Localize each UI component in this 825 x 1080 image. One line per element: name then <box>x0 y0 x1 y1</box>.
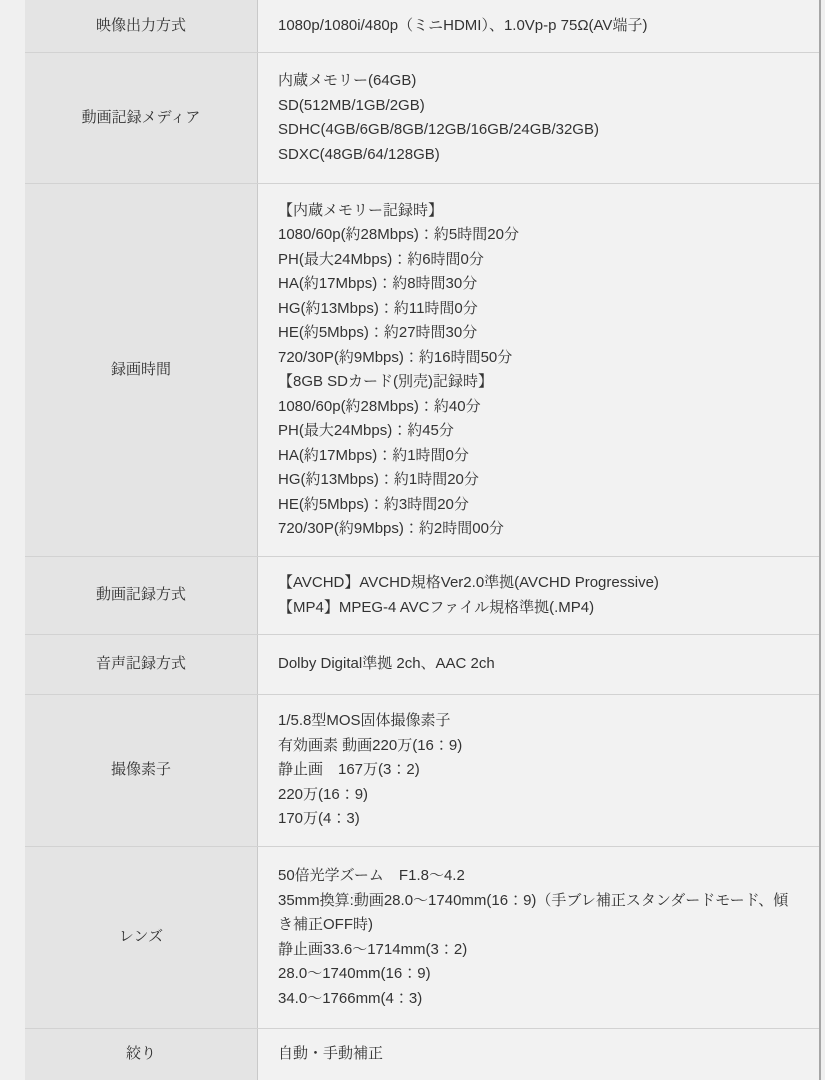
value-line: 170万(4：3) <box>278 807 799 832</box>
value-line: 自動・手動補正 <box>278 1042 799 1067</box>
value-line: 1080/60p(約28Mbps)：約40分 <box>278 395 799 420</box>
value-line: HE(約5Mbps)：約27時間30分 <box>278 321 799 346</box>
row-label: 動画記録方式 <box>25 557 257 634</box>
row-label: 録画時間 <box>25 184 257 556</box>
row-value: Dolby Digital準拠 2ch、AAC 2ch <box>257 635 819 694</box>
row-value-text: 【AVCHD】AVCHD規格Ver2.0準拠(AVCHD Progressive… <box>258 561 819 630</box>
row-value: 1/5.8型MOS固体撮像素子有効画素 動画220万(16：9)静止画 167万… <box>257 695 819 846</box>
value-line: HA(約17Mbps)：約8時間30分 <box>278 272 799 297</box>
value-line: 220万(16：9) <box>278 783 799 808</box>
row-value-text: 50倍光学ズーム F1.8〜4.235mm換算:動画28.0〜1740mm(16… <box>258 854 819 1021</box>
row-value-text: 1/5.8型MOS固体撮像素子有効画素 動画220万(16：9)静止画 167万… <box>258 699 819 842</box>
table-row: 録画時間 【内蔵メモリー記録時】1080/60p(約28Mbps)：約5時間20… <box>25 183 819 556</box>
table-row: レンズ 50倍光学ズーム F1.8〜4.235mm換算:動画28.0〜1740m… <box>25 846 819 1028</box>
value-line: 【MP4】MPEG-4 AVCファイル規格準拠(.MP4) <box>278 596 799 621</box>
value-line: 720/30P(約9Mbps)：約16時間50分 <box>278 346 799 371</box>
value-line: PH(最大24Mbps)：約45分 <box>278 419 799 444</box>
value-line: SDHC(4GB/6GB/8GB/12GB/16GB/24GB/32GB) <box>278 118 799 143</box>
table-row: 動画記録メディア 内蔵メモリー(64GB)SD(512MB/1GB/2GB)SD… <box>25 52 819 183</box>
row-label: 絞り <box>25 1029 257 1080</box>
value-line: 35mm換算:動画28.0〜1740mm(16：9)（手ブレ補正スタンダードモー… <box>278 889 799 938</box>
row-label: レンズ <box>25 847 257 1028</box>
table-row: 撮像素子 1/5.8型MOS固体撮像素子有効画素 動画220万(16：9)静止画… <box>25 694 819 846</box>
row-value: 50倍光学ズーム F1.8〜4.235mm換算:動画28.0〜1740mm(16… <box>257 847 819 1028</box>
page-background: 映像出力方式 1080p/1080i/480p（ミニHDMI）、1.0Vp-p … <box>0 0 825 1080</box>
value-line: HG(約13Mbps)：約11時間0分 <box>278 297 799 322</box>
value-line: SDXC(48GB/64/128GB) <box>278 143 799 168</box>
value-line: 50倍光学ズーム F1.8〜4.2 <box>278 864 799 889</box>
value-line: 28.0〜1740mm(16：9) <box>278 962 799 987</box>
row-value: 【AVCHD】AVCHD規格Ver2.0準拠(AVCHD Progressive… <box>257 557 819 634</box>
value-line: 【内蔵メモリー記録時】 <box>278 199 799 224</box>
table-row: 絞り 自動・手動補正 <box>25 1028 819 1080</box>
value-line: 1/5.8型MOS固体撮像素子 <box>278 709 799 734</box>
value-line: 720/30P(約9Mbps)：約2時間00分 <box>278 517 799 542</box>
row-label: 音声記録方式 <box>25 635 257 694</box>
row-label: 撮像素子 <box>25 695 257 846</box>
row-value: 内蔵メモリー(64GB)SD(512MB/1GB/2GB)SDHC(4GB/6G… <box>257 53 819 183</box>
value-line: HA(約17Mbps)：約1時間0分 <box>278 444 799 469</box>
table-row: 映像出力方式 1080p/1080i/480p（ミニHDMI）、1.0Vp-p … <box>25 0 819 52</box>
row-label: 動画記録メディア <box>25 53 257 183</box>
row-value: 1080p/1080i/480p（ミニHDMI）、1.0Vp-p 75Ω(AV端… <box>257 0 819 52</box>
row-value-text: Dolby Digital準拠 2ch、AAC 2ch <box>258 642 819 687</box>
value-line: 内蔵メモリー(64GB) <box>278 69 799 94</box>
value-line: 1080p/1080i/480p（ミニHDMI）、1.0Vp-p 75Ω(AV端… <box>278 14 799 39</box>
value-line: HG(約13Mbps)：約1時間20分 <box>278 468 799 493</box>
table-row: 動画記録方式 【AVCHD】AVCHD規格Ver2.0準拠(AVCHD Prog… <box>25 556 819 634</box>
table-row: 音声記録方式 Dolby Digital準拠 2ch、AAC 2ch <box>25 634 819 694</box>
row-label: 映像出力方式 <box>25 0 257 52</box>
value-line: 有効画素 動画220万(16：9) <box>278 734 799 759</box>
value-line: 【AVCHD】AVCHD規格Ver2.0準拠(AVCHD Progressive… <box>278 571 799 596</box>
row-value: 自動・手動補正 <box>257 1029 819 1080</box>
row-value-text: 自動・手動補正 <box>258 1032 819 1077</box>
value-line: 34.0〜1766mm(4：3) <box>278 987 799 1012</box>
value-line: 1080/60p(約28Mbps)：約5時間20分 <box>278 223 799 248</box>
value-line: HE(約5Mbps)：約3時間20分 <box>278 493 799 518</box>
row-value-text: 【内蔵メモリー記録時】1080/60p(約28Mbps)：約5時間20分PH(最… <box>258 189 819 552</box>
value-line: PH(最大24Mbps)：約6時間0分 <box>278 248 799 273</box>
row-value-text: 内蔵メモリー(64GB)SD(512MB/1GB/2GB)SDHC(4GB/6G… <box>258 59 819 177</box>
spec-table: 映像出力方式 1080p/1080i/480p（ミニHDMI）、1.0Vp-p … <box>25 0 821 1080</box>
value-line: Dolby Digital準拠 2ch、AAC 2ch <box>278 652 799 677</box>
value-line: SD(512MB/1GB/2GB) <box>278 94 799 119</box>
value-line: 【8GB SDカード(別売)記録時】 <box>278 370 799 395</box>
value-line: 静止画 167万(3：2) <box>278 758 799 783</box>
row-value-text: 1080p/1080i/480p（ミニHDMI）、1.0Vp-p 75Ω(AV端… <box>258 4 819 49</box>
row-value: 【内蔵メモリー記録時】1080/60p(約28Mbps)：約5時間20分PH(最… <box>257 184 819 556</box>
value-line: 静止画33.6〜1714mm(3：2) <box>278 938 799 963</box>
